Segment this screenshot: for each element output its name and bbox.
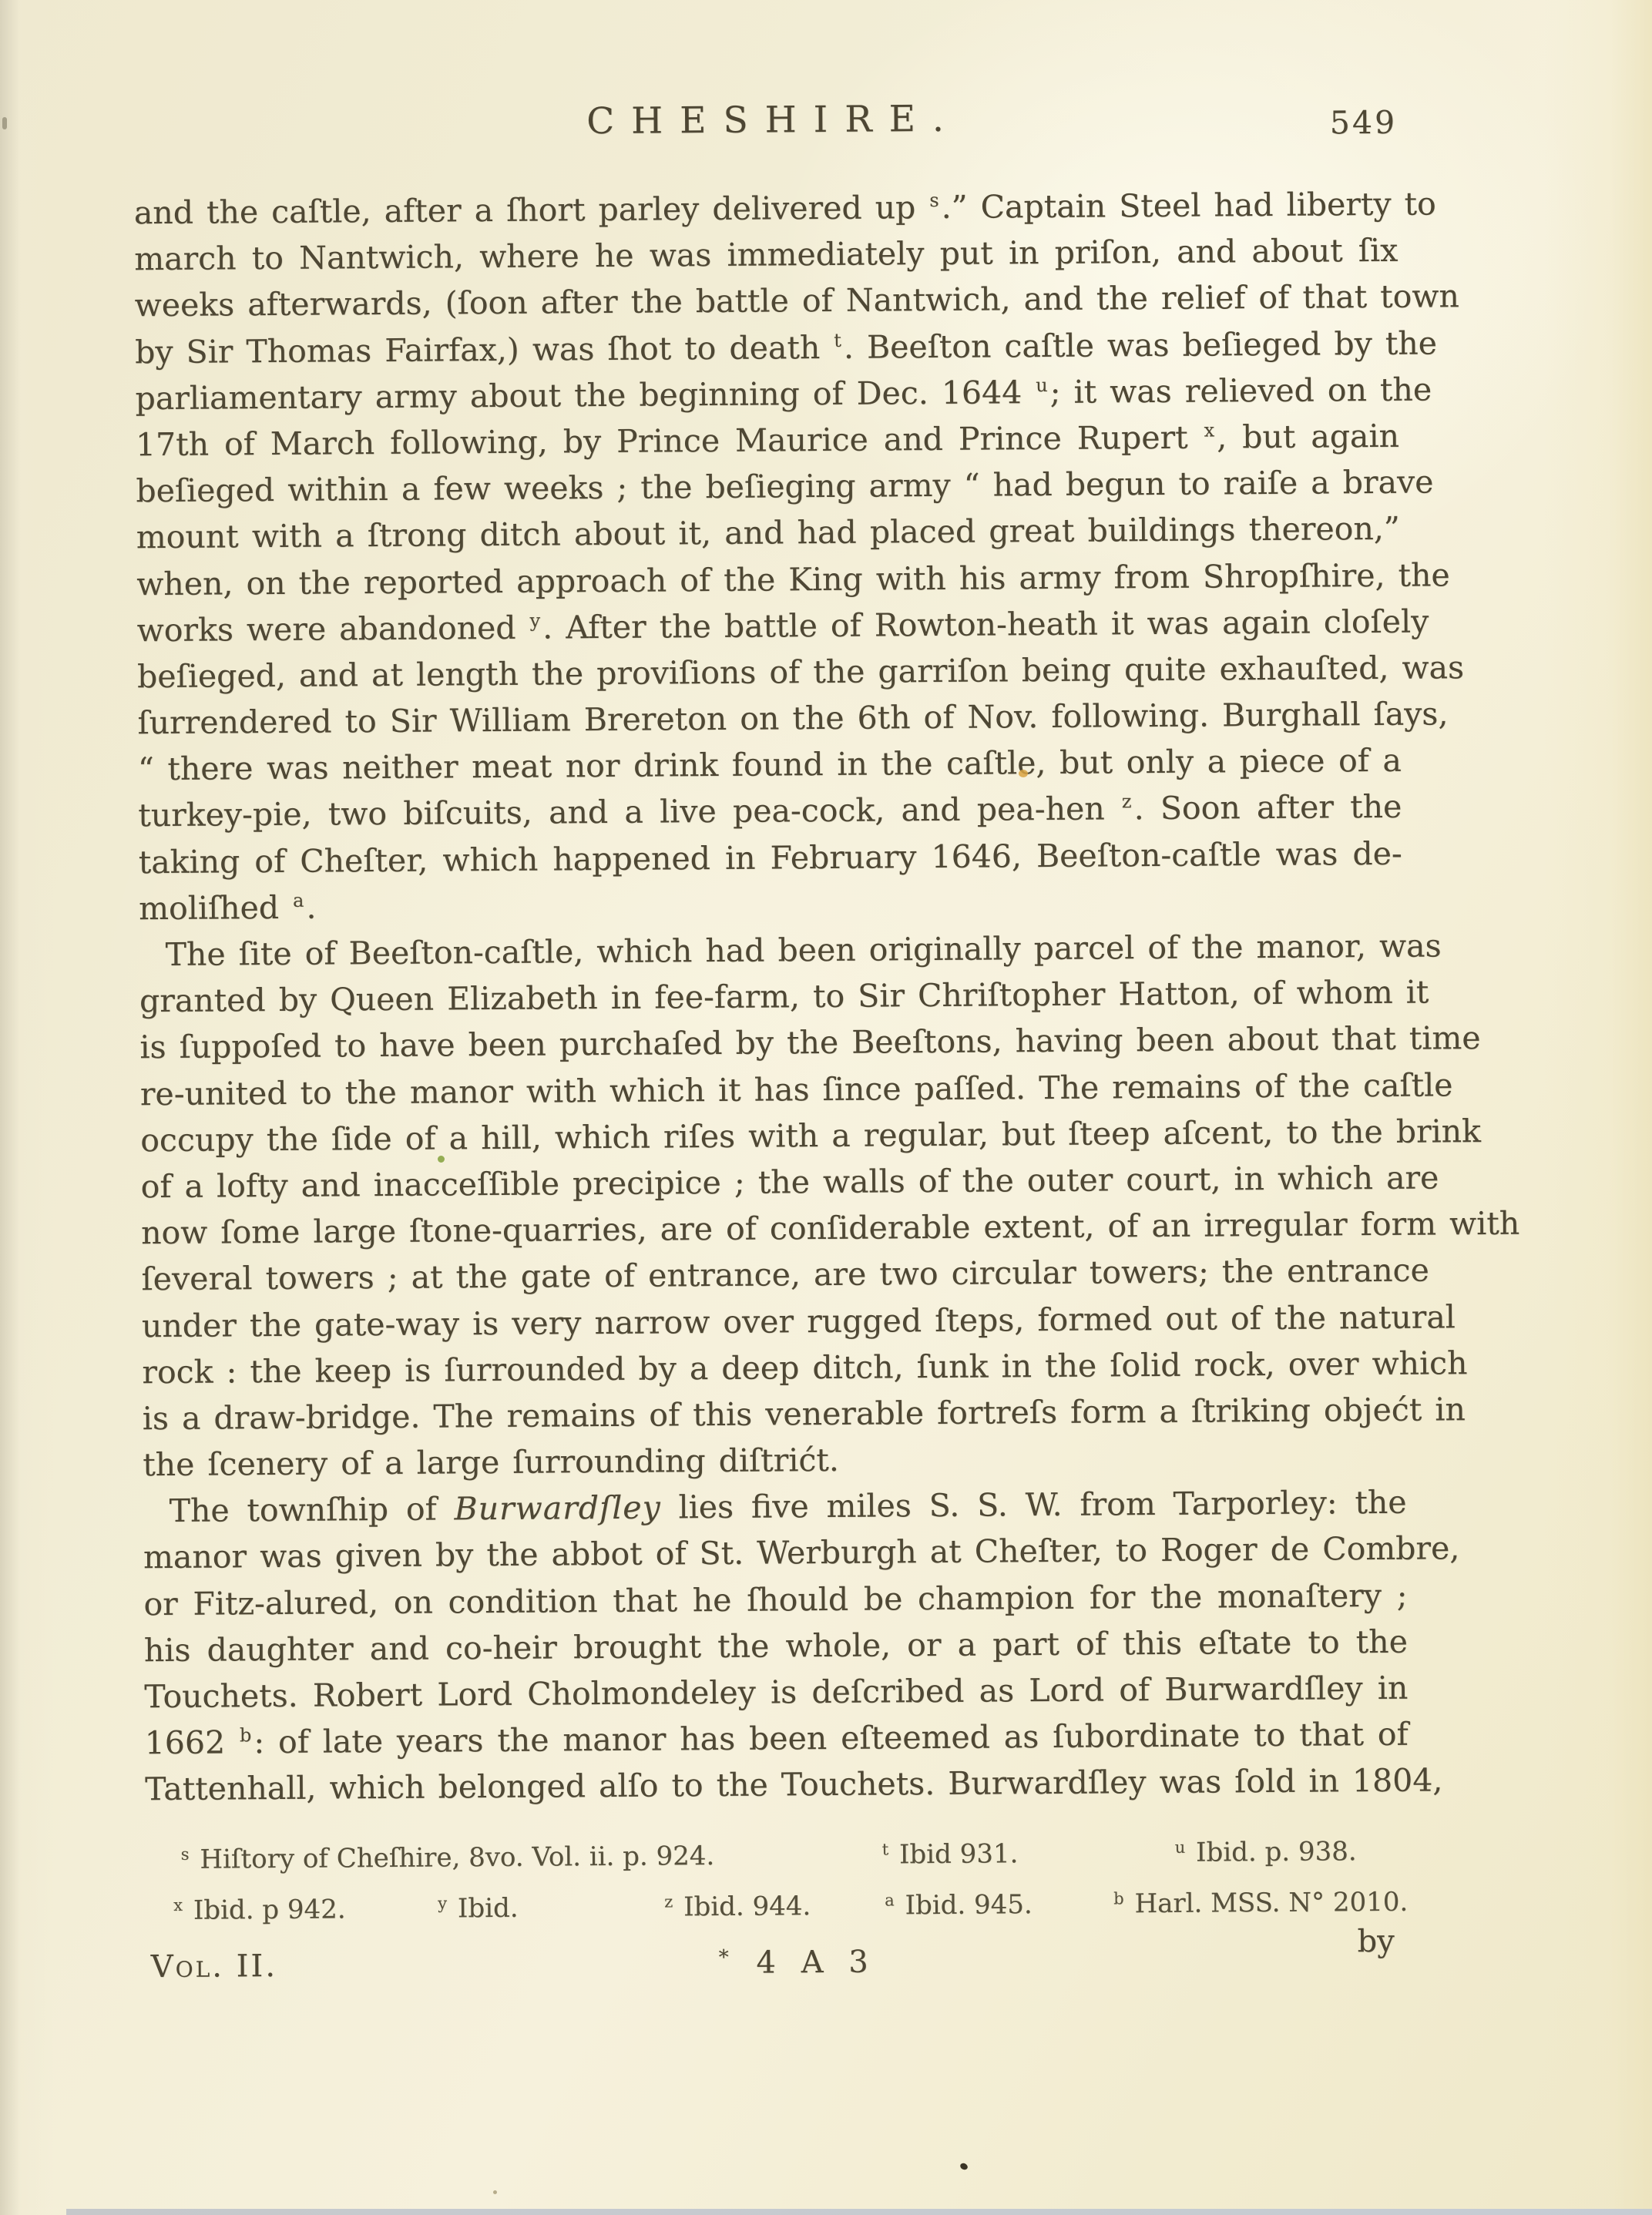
text-line: granted by Queen Elizabeth in fee-farm, …: [139, 969, 1403, 1025]
footnote-entry: u Ibid. p. 938.: [1174, 1836, 1357, 1868]
paragraph: The ſite of Beeſton-caſtle, which had be…: [139, 923, 1406, 1488]
text-line: parliamentary army about the beginning o…: [135, 367, 1398, 422]
text-line: ſeveral towers ; at the gate of entrance…: [141, 1247, 1405, 1303]
text-line: occupy the ſide of a hill, which riſes w…: [140, 1109, 1404, 1164]
footnote-entry: b Harl. MSS. N° 2010.: [1113, 1887, 1408, 1920]
text-line: Tattenhall, which belonged alſo to the T…: [145, 1757, 1409, 1813]
footnotes: s Hiſtory of Cheſhire, 8vo. Vol. ii. p. …: [146, 1836, 1425, 1947]
scanned-page-content: CHESHIRE. 549 and the caſtle, after a ſh…: [0, 0, 1652, 2215]
paragraph: The townſhip of Burwardſley lies five mi…: [143, 1479, 1409, 1813]
text-line: of a lofty and inacceſſible precipice ; …: [140, 1155, 1404, 1210]
footnote-row: x Ibid. p 942.y Ibid.z Ibid. 944.a Ibid.…: [146, 1887, 1425, 1947]
text-line: re-united to the manor with which it has…: [140, 1062, 1404, 1117]
text-line: The townſhip of Burwardſley lies five mi…: [143, 1479, 1406, 1535]
gathering-mark: * 4 A 3: [718, 1945, 876, 1981]
text-line: when, on the reported approach of the Ki…: [136, 552, 1400, 607]
text-line: under the gate-way is very narrow over r…: [142, 1294, 1405, 1349]
running-title: CHESHIRE.: [133, 95, 1397, 146]
text-line: is a draw-bridge. The remains of this ve…: [143, 1387, 1406, 1442]
text-line: 17th of March following, by Prince Mauri…: [136, 413, 1399, 468]
text-line: mount with a ſtrong ditch about it, and …: [136, 505, 1400, 561]
text-line: beſieged, and at length the proviſions o…: [137, 645, 1401, 700]
text-line: The ſite of Beeſton-caſtle, which had be…: [139, 923, 1402, 978]
text-line: rock : the keep is ſurrounded by a deep …: [142, 1340, 1405, 1395]
text-line: manor was given by the abbot of St. Werb…: [143, 1525, 1407, 1581]
text-line: weeks afterwards, (ſoon after the battle…: [135, 274, 1398, 329]
text-line: the ſcenery of a large ſurrounding diſtr…: [143, 1433, 1406, 1488]
body-text: and the caſtle, after a ſhort parley del…: [134, 181, 1409, 1813]
text-line: “ there was neither meat nor drink found…: [138, 737, 1402, 793]
footnote-row: s Hiſtory of Cheſhire, 8vo. Vol. ii. p. …: [146, 1836, 1425, 1896]
footnote-entry: s Hiſtory of Cheſhire, 8vo. Vol. ii. p. …: [180, 1841, 715, 1875]
volume-label: Vol. II.: [151, 1948, 278, 1985]
paper-speck: [438, 1156, 445, 1163]
page-header: CHESHIRE. 549: [133, 95, 1397, 157]
text-line: works were abandoned y. After the battle…: [136, 598, 1400, 653]
text-line: taking of Cheſter, which happened in Feb…: [139, 830, 1402, 885]
bottom-edge-strip: [66, 2209, 1652, 2215]
text-line: is ſuppoſed to have been purchaſed by th…: [139, 1015, 1403, 1071]
footnote-entry: x Ibid. p 942.: [173, 1894, 346, 1926]
text-line: and the caſtle, after a ſhort parley del…: [134, 181, 1398, 237]
text-line: by Sir Thomas Fairfax,) was ſhot to deat…: [135, 320, 1398, 375]
footnote-entry: t Ibid 931.: [881, 1838, 1019, 1870]
text-line: ſurrendered to Sir William Brereton on t…: [137, 691, 1401, 747]
text-line: or Fitz-alured, on condition that he ſho…: [143, 1572, 1407, 1627]
text-line: beſieged within a few weeks ; the beſieg…: [136, 459, 1399, 515]
footnote-entry: a Ibid. 945.: [884, 1889, 1032, 1921]
edge-mark: [2, 117, 7, 129]
catchword: by: [1357, 1924, 1395, 1959]
text-line: now ſome large ſtone-quarries, are of co…: [141, 1201, 1405, 1257]
text-line: his daughter and co-heir brought the who…: [144, 1619, 1408, 1674]
text-line: moliſhed a.: [139, 877, 1402, 932]
signature-line: Vol. II. * 4 A 3 by: [146, 1941, 1410, 2003]
footnote-entry: y Ibid.: [437, 1893, 519, 1925]
text-line: march to Nantwich, where he was immediat…: [134, 227, 1398, 283]
book-page-scan: CHESHIRE. 549 and the caſtle, after a ſh…: [0, 0, 1652, 2215]
footnote-entry: z Ibid. 944.: [663, 1891, 811, 1922]
text-line: turkey-pie, two biſcuits, and a live pea…: [138, 784, 1402, 839]
page-number: 549: [1330, 104, 1398, 142]
text-line: 1662 b: of late years the manor has been…: [145, 1711, 1409, 1767]
paper-speck: [1019, 770, 1028, 777]
paragraph: and the caſtle, after a ſhort parley del…: [134, 181, 1403, 931]
paper-speck: [493, 2190, 497, 2194]
text-line: Touchets. Robert Lord Cholmondeley is de…: [144, 1665, 1408, 1720]
